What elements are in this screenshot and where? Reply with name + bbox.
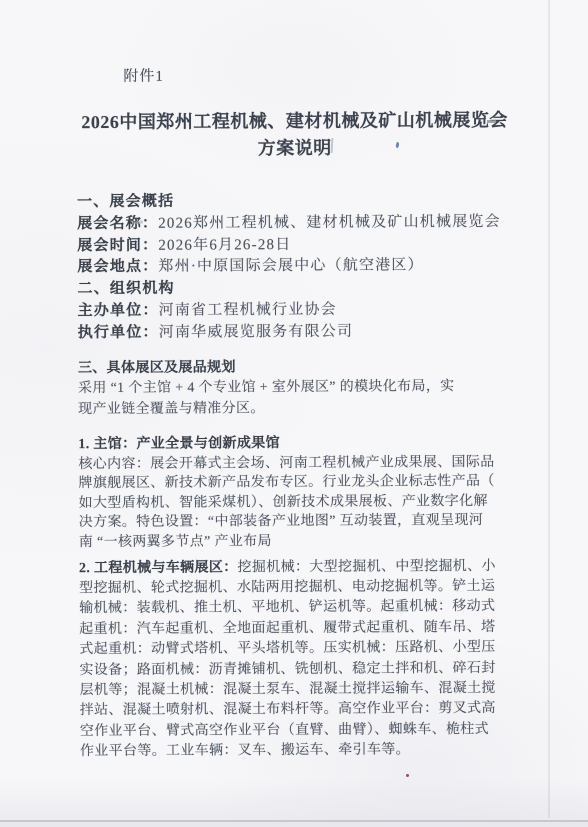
text-line: 作业平台等。工业车辆：叉车、搬运车、牵引车等。 <box>80 740 516 763</box>
scan-fold-line <box>548 0 550 818</box>
scanned-document-page: 附件1 2026中国郑州工程机械、建材机械及矿山机械展览会 方案说明 一、展会概… <box>0 0 588 827</box>
field-label: 展会地点： <box>77 259 158 275</box>
zone-machinery-heading: 2. 工程机械与车辆展区： <box>79 560 238 576</box>
text-line: 式起重机：动臂式塔机、平头塔机等。压实机械：压路机、小型压 <box>79 638 515 661</box>
text-line: 南 “一核两翼多节点” 产业布局 <box>79 531 515 553</box>
text-line: 决方案。特色设置：“中部装备产业地图” 互动装置，直观呈现河 <box>79 511 515 533</box>
scan-bottom-shadow <box>0 778 588 820</box>
text-line: 输机械：装载机、推土机、平地机、铲运机等。起重机械：移动式 <box>79 597 515 620</box>
document-title: 2026中国郑州工程机械、建材机械及矿山机械展览会 方案说明 <box>77 107 513 163</box>
field-exhibition-name: 展会名称：2026郑州工程机械、建材机械及矿山机械展览会 <box>77 212 513 236</box>
text-line: 型挖掘机、轮式挖掘机、水陆两用挖掘机、电动挖掘机等。铲土运 <box>79 577 515 600</box>
field-label: 展会时间： <box>77 237 158 253</box>
field-value: 郑州·中原国际会展中心（航空港区） <box>158 258 423 275</box>
field-value: 河南华威展览服务有限公司 <box>159 323 353 340</box>
field-exhibition-time: 展会时间：2026年6月26-28日 <box>77 233 513 257</box>
field-value: 2026郑州工程机械、建材机械及矿山机械展览会 <box>158 214 501 232</box>
scan-artifact-red-dot <box>406 774 409 777</box>
field-executive-organizer: 执行单位：河南华威展览服务有限公司 <box>78 321 514 345</box>
field-label: 执行单位： <box>78 324 159 340</box>
field-value: 2026年6月26-28日 <box>158 237 291 254</box>
field-exhibition-venue: 展会地点：郑州·中原国际会展中心（航空港区） <box>77 255 513 279</box>
text-line: 采用 “1 个主馆 + 4 个专业馆 + 室外展区” 的模块化布局，实 <box>78 377 514 400</box>
section-overview-and-organizers: 一、展会概括 展会名称：2026郑州工程机械、建材机械及矿山机械展览会 展会时间… <box>77 190 514 345</box>
field-host-organizer: 主办单位：河南省工程机械行业协会 <box>78 299 514 323</box>
document-title-line2: 方案说明 <box>77 134 513 163</box>
text-line: 层机等；混凝土机械：混凝土泵车、混凝土搅拌运输车、混凝土搅 <box>80 679 516 702</box>
section-organizers-heading: 二、组织机构 <box>77 277 513 301</box>
document-title-line1: 2026中国郑州工程机械、建材机械及矿山机械展览会 <box>77 107 513 136</box>
field-label: 主办单位： <box>78 303 159 319</box>
text-line: 2. 工程机械与车辆展区：挖掘机械：大型挖掘机、中型挖掘机、小 <box>79 556 515 579</box>
zone-main-hall-heading: 1. 主馆：产业全景与创新成果馆 <box>78 433 514 455</box>
text-line: 起重机：汽车起重机、全地面起重机、履带式起重机、随车吊、塔 <box>79 618 515 641</box>
attachment-label: 附件1 <box>123 63 512 86</box>
section-zones-heading: 三、具体展区及展品规划 <box>78 356 514 379</box>
text-line: 如大型盾构机、智能采煤机）、创新技术成果展板、产业数字化解 <box>79 492 515 514</box>
text-line: 拌站、混凝土喷射机、混凝土布料杆等。高空作业平台：剪叉式高 <box>80 699 516 722</box>
text-line: 空作业平台、臂式高空作业平台（直臂、曲臂）、蜘蛛车、桅柱式 <box>80 720 516 743</box>
text-line: 牌旗舰展区、新技术新产品发布专区。行业龙头企业标志性产品（ <box>78 472 514 494</box>
text-line: 实设备；路面机械：沥青摊铺机、铣刨机、稳定土拌和机、碎石封 <box>79 658 515 681</box>
field-value: 河南省工程机械行业协会 <box>159 302 337 319</box>
section-overview-heading: 一、展会概括 <box>77 190 513 214</box>
scan-artifact-dash <box>487 120 496 123</box>
field-label: 展会名称： <box>77 216 158 232</box>
section-zones-planning: 三、具体展区及展品规划 采用 “1 个主馆 + 4 个专业馆 + 室外展区” 的… <box>78 356 516 762</box>
text-segment: 挖掘机械：大型挖掘机、中型挖掘机、小 <box>237 558 495 574</box>
scanner-background-strip <box>0 822 588 827</box>
text-line: 现产业链全覆盖与精准分区。 <box>78 398 514 421</box>
text-line: 核心内容：展会开幕式主会场、河南工程机械产业成果展、国际品 <box>78 452 514 474</box>
zone-machinery-vehicles: 2. 工程机械与车辆展区：挖掘机械：大型挖掘机、中型挖掘机、小 型挖掘机、轮式挖… <box>79 556 516 762</box>
zone-main-hall: 1. 主馆：产业全景与创新成果馆 核心内容：展会开幕式主会场、河南工程机械产业成… <box>78 433 515 553</box>
document-content: 附件1 2026中国郑州工程机械、建材机械及矿山机械展览会 方案说明 一、展会概… <box>76 0 516 763</box>
